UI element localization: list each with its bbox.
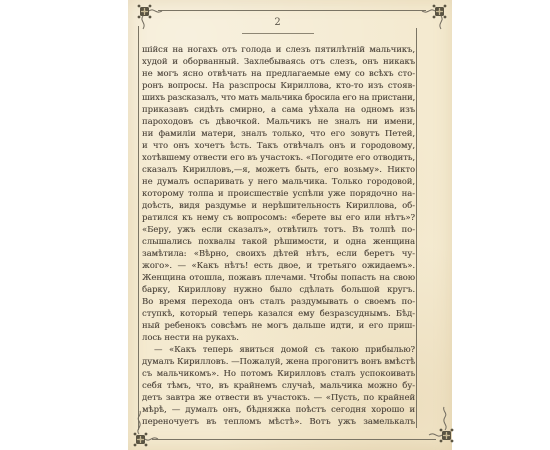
text-line: ни фамиліи матери, зналъ только, что его… (142, 127, 415, 139)
text-line: лось нести на рукахъ. (142, 331, 415, 343)
text-line: ратился къ нему съ вопросомъ: «берете вы… (142, 211, 415, 223)
page-number: 2 (142, 17, 414, 28)
text-line: худой и оборванный. Захлебываясь отъ сле… (142, 55, 415, 67)
text-line: сказалъ Кирилловъ,—я, можетъ быть, его в… (142, 163, 415, 175)
text-line: жого». — «Какъ нѣтъ! есть двое, и третья… (142, 259, 415, 271)
corner-rosette-flourish-bottom-right-icon (426, 390, 460, 450)
text-line: шійся на ногахъ отъ голода и слезъ пятил… (142, 43, 415, 55)
text-line: мѣрѣ, — думалъ онъ, бѣдняжка поѣстъ сего… (142, 403, 415, 415)
text-line: думалъ Кирилловъ. —Пожалуй, жена прогони… (142, 355, 415, 367)
frame-bottom-rule (152, 439, 436, 440)
page-text: шійся на ногахъ отъ голода и слезъ пятил… (142, 43, 415, 427)
text-line: не могъ ясно отвѣчать на предлагаемые ем… (142, 67, 415, 79)
corner-rosette-flourish-top-right-icon (420, 0, 454, 34)
text-line: ступкѣ, который теперь казался ему безра… (142, 307, 415, 319)
text-line: доѣсть, видя раздумье и нерѣшительность … (142, 199, 415, 211)
text-line: ный ребенокъ совсѣмъ не могъ дальше идти… (142, 319, 415, 331)
text-line: Во время перехода онъ сталъ раздумывать … (142, 295, 415, 307)
text-line: хотѣвшему отвести его въ участокъ. «Пого… (142, 151, 415, 163)
text-line: барку, Кириллову нужно было сдѣлать боль… (142, 283, 415, 295)
text-line: ронъ вопросы. На разспросы Кириллова, кт… (142, 79, 415, 91)
text-line: которому толпа и происшествіе успѣли уже… (142, 187, 415, 199)
text-line: «Беру, ужъ если сказалъ», отвѣтилъ тотъ.… (142, 223, 415, 235)
text-line: шихъ разсказалъ, что мать мальчика броси… (142, 91, 415, 103)
text-line: Женщина отошла, пожавъ плечами. Чтобы по… (142, 271, 415, 283)
text-line: — «Какъ теперь явиться домой съ такою пр… (142, 343, 415, 355)
text-line: съ мальчикомъ». Но потомъ Кирилловъ стал… (142, 367, 415, 379)
book-page: 2 шійся на ногахъ отъ голода и слезъ пят… (128, 0, 452, 450)
frame-top-rule (158, 10, 426, 11)
frame-left-rule (138, 26, 139, 430)
text-line: детъ завтра же отвести въ участокъ. — «П… (142, 391, 415, 403)
text-line: не думалъ оспаривать у него мальчика. То… (142, 175, 415, 187)
text-line: и что онъ хочетъ ѣсть. Такъ отвѣчалъ онъ… (142, 139, 415, 151)
text-line: слышались похвалы такой рѣшимости, и одн… (142, 235, 415, 247)
text-line: приказавъ сидѣть смирно, а сама уѣхала н… (142, 103, 415, 115)
text-line: себя тѣмъ, что, въ крайнемъ случаѣ, маль… (142, 379, 415, 391)
text-line: замѣтила: «Вѣрно, своихъ дѣтей нѣтъ, есл… (142, 247, 415, 259)
text-line: переночуетъ въ тепломъ мѣстѣ». Вотъ ужъ … (142, 415, 415, 427)
text-line: пароходовъ съ дѣвочкой. Мальчикъ не знал… (142, 115, 415, 127)
page-number-rule (242, 33, 314, 34)
frame-right-rule (416, 28, 417, 428)
